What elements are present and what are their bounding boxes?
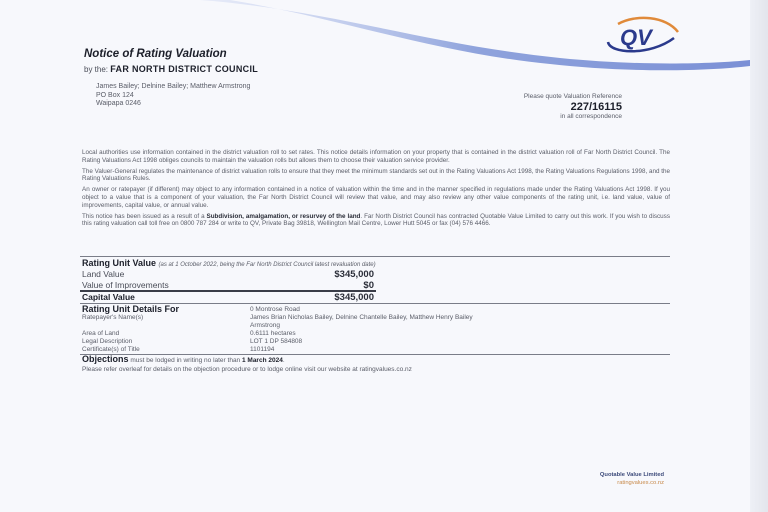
- detail-label: Area of Land: [82, 330, 119, 337]
- notice-body: Local authorities use information contai…: [82, 149, 670, 231]
- improvements-value-row: Value of Improvements$0: [82, 280, 374, 290]
- footer-company: Quotable Value Limited: [600, 472, 664, 480]
- body-paragraph: Local authorities use information contai…: [82, 149, 670, 164]
- recipient-town: Waipapa 0246: [96, 100, 250, 109]
- council-name: FAR NORTH DISTRICT COUNCIL: [110, 64, 258, 74]
- body-paragraph: An owner or ratepayer (if different) may…: [82, 186, 670, 209]
- notice-title: Notice of Rating Valuation: [84, 48, 227, 60]
- scan-edge: [750, 0, 768, 512]
- property-address: 0 Montrose Road: [250, 306, 590, 314]
- reference-label: Please quote Valuation Reference: [524, 93, 622, 101]
- footer-website: ratingvalues.co.nz: [600, 480, 664, 488]
- rating-unit-value-heading: Rating Unit Value (as at 1 October 2022,…: [82, 258, 376, 268]
- rating-unit-details-heading: Rating Unit Details For: [82, 304, 179, 314]
- legal-description: LOT 1 DP 584808: [250, 338, 590, 346]
- objections-info: Please refer overleaf for details on the…: [82, 366, 412, 373]
- objection-deadline: 1 March 2024: [242, 357, 283, 364]
- detail-label: Ratepayer's Name(s): [82, 314, 143, 321]
- reference-suffix: in all correspondence: [524, 113, 622, 121]
- detail-label: Certificate(s) of Title: [82, 346, 140, 353]
- issue-reason: Subdivision, amalgamation, or resurvey o…: [207, 213, 361, 220]
- land-value: $345,000: [334, 269, 374, 280]
- scanned-page: QV Notice of Rating Valuation by the: FA…: [0, 0, 750, 512]
- detail-label: Legal Description: [82, 338, 132, 345]
- council-byline: by the: FAR NORTH DISTRICT COUNCIL: [84, 64, 258, 74]
- valuation-reference: Please quote Valuation Reference 227/161…: [524, 93, 622, 121]
- revaluation-date-note: (as at 1 October 2022, being the Far Nor…: [159, 262, 376, 268]
- capital-value-row: Capital Value$345,000: [82, 292, 374, 302]
- body-paragraph: The Valuer-General regulates the mainten…: [82, 168, 670, 183]
- recipient-address: James Bailey; Delnine Bailey; Matthew Ar…: [96, 83, 250, 109]
- land-area: 0.6111 hectares: [250, 330, 590, 338]
- land-value-row: Land Value$345,000: [82, 269, 374, 279]
- ratepayer-names: James Brian Nicholas Bailey, Delnine Cha…: [250, 314, 490, 330]
- recipient-po-box: PO Box 124: [96, 92, 250, 101]
- recipient-names: James Bailey; Delnine Bailey; Matthew Ar…: [96, 83, 250, 92]
- svg-text:QV: QV: [620, 25, 654, 50]
- objections-heading: Objections: [82, 354, 129, 364]
- by-prefix: by the:: [84, 65, 108, 74]
- capital-value: $345,000: [334, 292, 374, 303]
- footer: Quotable Value Limited ratingvalues.co.n…: [600, 472, 664, 487]
- divider: [80, 256, 670, 257]
- certificate-of-title: 1101194: [250, 346, 590, 354]
- qv-logo-icon: QV: [600, 14, 686, 56]
- objections-line: Objections must be lodged in writing no …: [82, 354, 285, 364]
- body-paragraph: This notice has been issued as a result …: [82, 213, 670, 228]
- reference-number: 227/16115: [524, 101, 622, 113]
